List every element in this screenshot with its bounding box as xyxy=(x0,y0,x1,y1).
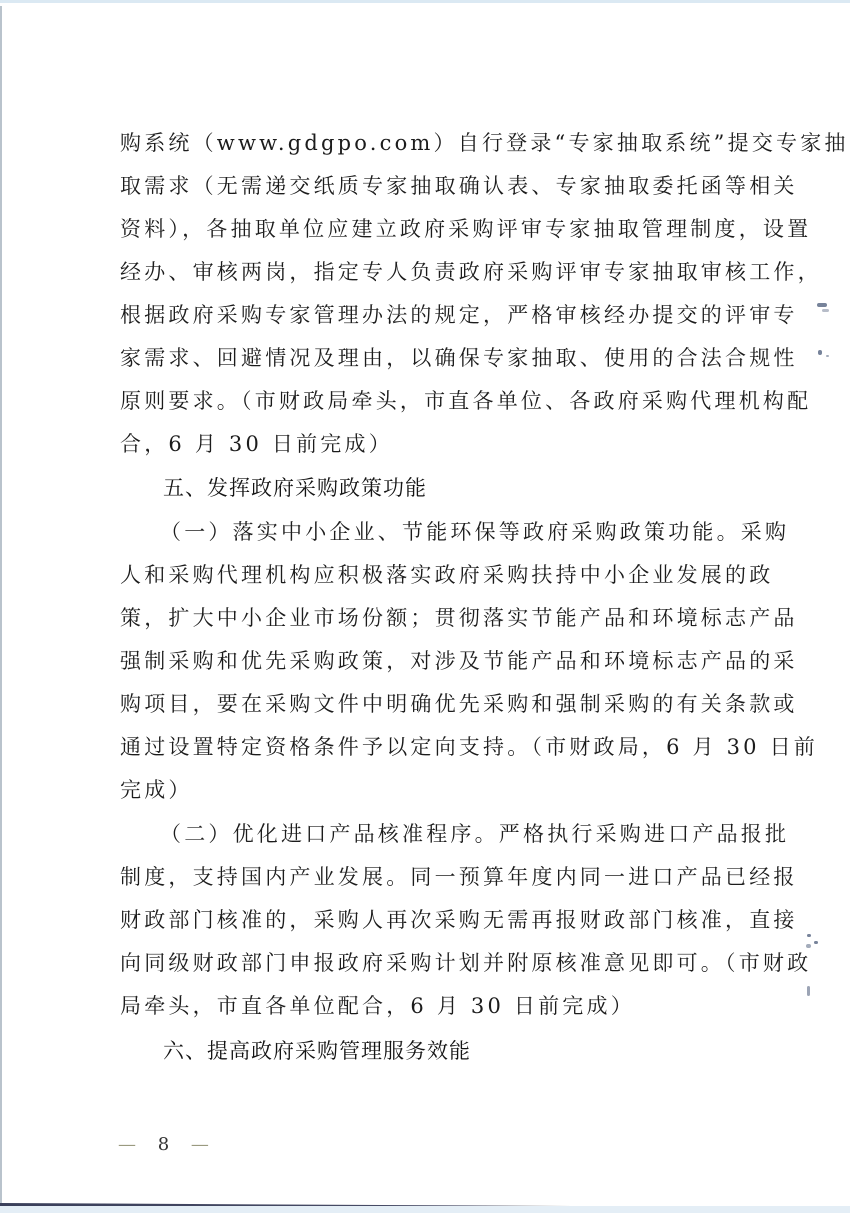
scan-artifact xyxy=(814,941,818,944)
text-line: （二）优化进口产品核准程序。严格执行采购进口产品报批 xyxy=(160,820,752,848)
text-line: 策，扩大中小企业市场份额；贯彻落实节能产品和环境标志产品 xyxy=(120,604,752,632)
section-heading-5: 五、发挥政府采购政策功能 xyxy=(163,474,427,502)
scan-top-tint xyxy=(0,0,850,3)
scan-artifact xyxy=(807,934,811,937)
scan-artifact xyxy=(818,350,822,355)
scan-artifact xyxy=(807,986,810,996)
text-line: 原则要求。（市财政局牵头，市直各单位、各政府采购代理机构配 xyxy=(120,387,752,415)
scan-artifact xyxy=(822,309,829,312)
page-number-dash-right: — xyxy=(191,1134,211,1155)
page-number: — 8 — xyxy=(118,1134,211,1155)
text-line: 财政部门核准的，采购人再次采购无需再报财政部门核准，直接 xyxy=(120,906,752,934)
text-line: 通过设置特定资格条件予以定向支持。（市财政局，6 月 30 日前 xyxy=(120,733,752,761)
scan-left-edge xyxy=(0,6,2,1206)
text-line: 制度，支持国内产业发展。同一预算年度内同一进口产品已经报 xyxy=(120,863,752,891)
scan-artifact xyxy=(817,303,827,307)
text-line: 经办、审核两岗，指定专人负责政府采购评审专家抽取审核工作， xyxy=(120,258,752,286)
text-line: 完成） xyxy=(120,776,752,804)
text-line: 取需求（无需递交纸质专家抽取确认表、专家抽取委托函等相关 xyxy=(120,172,752,200)
text-line: 人和采购代理机构应积极落实政府采购扶持中小企业发展的政 xyxy=(120,561,752,589)
text-line: 强制采购和优先采购政策，对涉及节能产品和环境标志产品的采 xyxy=(120,647,752,675)
text-line: 局牵头，市直各单位配合，6 月 30 日前完成） xyxy=(120,992,752,1020)
scan-artifact xyxy=(826,355,829,357)
scan-artifact xyxy=(806,944,811,948)
text-line: 资料），各抽取单位应建立政府采购评审专家抽取管理制度，设置 xyxy=(120,215,752,243)
page-number-dash-left: — xyxy=(118,1134,138,1155)
scan-bottom-band xyxy=(0,1206,850,1213)
text-line: 根据政府采购专家管理办法的规定，严格审核经办提交的评审专 xyxy=(120,301,752,329)
text-line: 购系统（www.gdgpo.com）自行登录“专家抽取系统”提交专家抽 xyxy=(120,129,752,157)
text-line: 合，6 月 30 日前完成） xyxy=(120,430,752,458)
page-number-value: 8 xyxy=(158,1134,171,1155)
text-line: 购项目，要在采购文件中明确优先采购和强制采购的有关条款或 xyxy=(120,690,752,718)
section-heading-6: 六、提高政府采购管理服务效能 xyxy=(163,1037,471,1065)
text-line: 家需求、回避情况及理由，以确保专家抽取、使用的合法合规性 xyxy=(120,344,752,372)
text-line: （一）落实中小企业、节能环保等政府采购政策功能。采购 xyxy=(160,518,752,546)
text-line: 向同级财政部门申报政府采购计划并附原核准意见即可。（市财政 xyxy=(120,949,752,977)
